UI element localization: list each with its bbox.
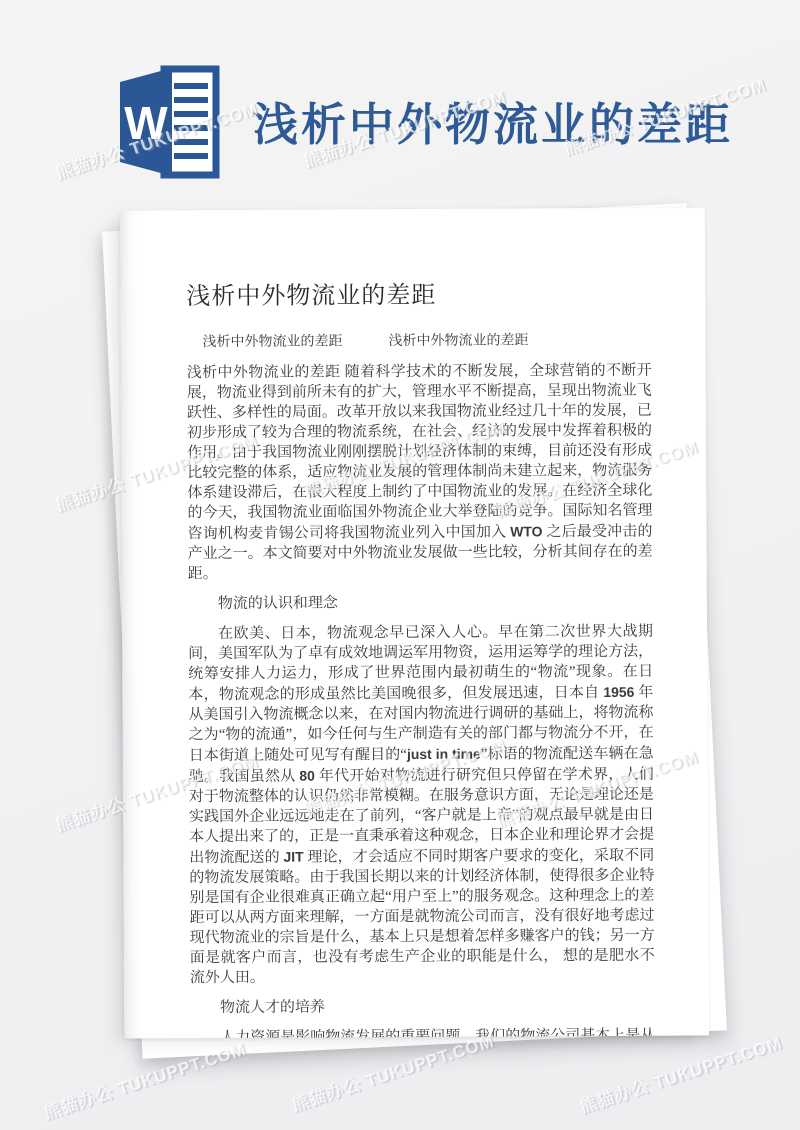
document-subtitle-right: 浅析中外物流业的差距 [388, 333, 528, 349]
document-subtitle: 浅析中外物流业的差距浅析中外物流业的差距 [186, 331, 651, 353]
page-title: 浅析中外物流业的差距 [253, 88, 733, 153]
section-heading-concepts: 物流的认识和理念 [188, 592, 653, 614]
document-subtitle-left: 浅析中外物流业的差距 [202, 334, 342, 350]
paragraph-intro: 浅析中外物流业的差距 随着科学技术的不断发展，全球营销的不断开展，物流业得到前所… [187, 361, 653, 584]
header: W 浅析中外物流业的差距 [0, 0, 800, 200]
watermark: 熊猫办公 TUKUPPT.COM [576, 1029, 785, 1118]
page: W 浅析中外物流业的差距 浅析中外物流业的差距 浅析中外物流业的差距浅析中外物流… [0, 0, 800, 1130]
paragraph-concepts: 在欧美、日本，物流观念早已深入人心。早在第二次世界大战期间，美国军队为了卓有成效… [188, 622, 655, 988]
word-icon: W [108, 62, 222, 182]
document-page: 浅析中外物流业的差距 浅析中外物流业的差距浅析中外物流业的差距 浅析中外物流业的… [120, 207, 709, 1038]
document-title: 浅析中外物流业的差距 [186, 274, 651, 311]
word-icon-letter: W [124, 97, 168, 149]
section-heading-talent: 物流人才的培养 [190, 996, 655, 1018]
